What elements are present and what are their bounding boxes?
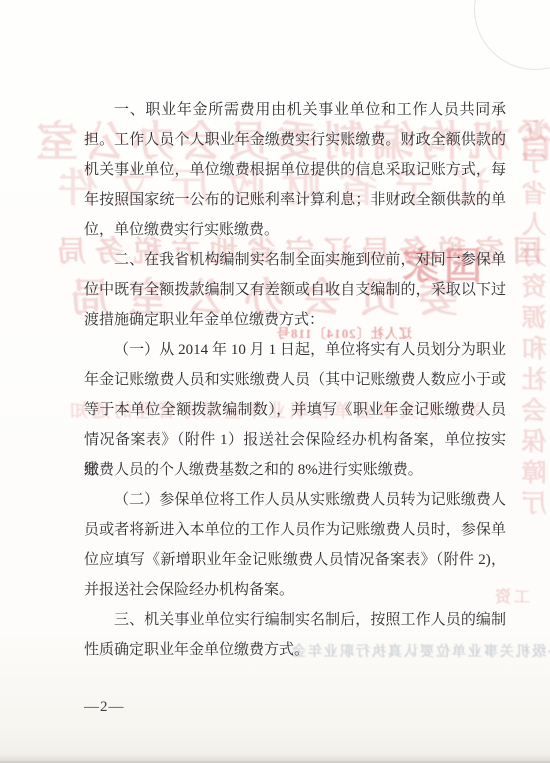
text-line: 担。工作人员个人职业年金缴费实行实账缴费。财政全额供款的 — [84, 125, 506, 155]
text-line: 员或者将新进入本单位的工作人员作为记账缴费人员时，参保单 — [84, 515, 506, 545]
text-line: 缴费人员的个人缴费基数之和的 8%进行实账缴费。 — [84, 455, 506, 485]
text-line: 位应填写《新增职业年金记账缴费人员情况备案表》（附件 2)， — [84, 545, 506, 575]
text-line: 渡措施确定职业年金单位缴费方式： — [84, 305, 506, 335]
text-line: 并报送社会保险经办机构备案。 — [84, 575, 506, 605]
document-body: 一、职业年金所需费用由机关事业单位和工作人员共同承担。工作人员个人职业年金缴费实… — [84, 95, 506, 665]
text-line: 年按照国家统一公布的记账利率计算利息；非财政全额供款的单 — [84, 185, 506, 215]
bleedthrough-red-side-column: 辽宁省人力资源和社会保障厅 — [524, 118, 549, 521]
text-line: （一）从 2014 年 10 月 1 日起，单位将实有人员划分为职业 — [84, 335, 506, 365]
text-line: 一、职业年金所需费用由机关事业单位和工作人员共同承 — [84, 95, 506, 125]
text-line: 情况备案表》（附件 1）报送社会保险经办机构备案，单位按实账 — [84, 425, 506, 455]
text-line: （二）参保单位将工作人员从实账缴费人员转为记账缴费人 — [84, 485, 506, 515]
text-line: 年金记账缴费人员和实账缴费人员（其中记账缴费人数应小于或 — [84, 365, 506, 395]
page-number: —2— — [84, 699, 125, 716]
text-line: 二、在我省机构编制实名制全面实施到位前，对同一参保单 — [84, 245, 506, 275]
scan-crease-artifact — [474, 0, 550, 70]
text-line: 机关事业单位，单位缴费根据单位提供的信息采取记账方式，每 — [84, 155, 506, 185]
text-line: 三、机关事业单位实行编制实名制后，按照工作人员的编制 — [84, 605, 506, 635]
text-line: 等于本单位全额拨款编制数），并填写《职业年金记账缴费人员 — [84, 395, 506, 425]
text-line: 性质确定职业年金单位缴费方式。 — [84, 635, 506, 665]
text-line: 位，单位缴费实行实账缴费。 — [84, 215, 506, 245]
scan-bottom-edge — [0, 754, 550, 763]
scan-page: 辽宁省机构编制委员会办公室辽宁省财政厅文件国家税务局辽宁省地方税务局委员会办公室… — [0, 0, 550, 763]
text-line: 位中既有全额拨款编制又有差额或自收自支编制的，采取以下过 — [84, 275, 506, 305]
